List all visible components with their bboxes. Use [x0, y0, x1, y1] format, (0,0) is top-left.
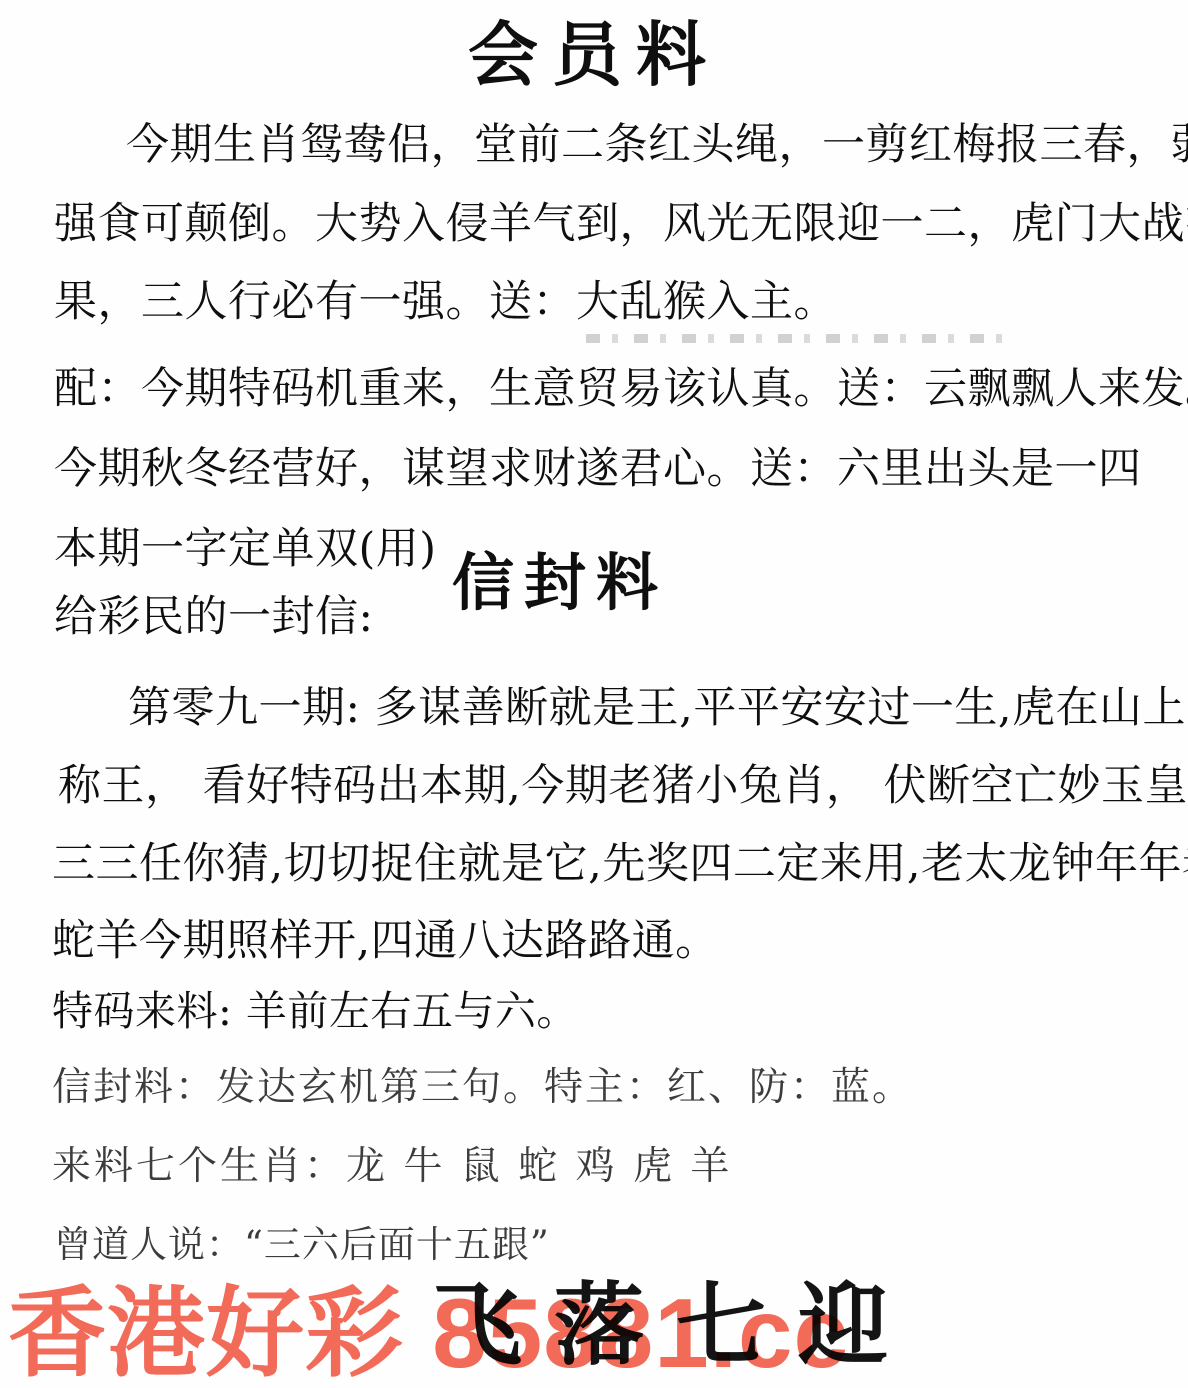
watermark-overlay: 香港好彩 85881.cc: [8, 1284, 849, 1382]
envelope-section-title: 信封料: [452, 552, 668, 614]
letter-intro-line: 给彩民的一封信:: [54, 596, 374, 639]
member-paragraph-line-3: 果，三人行必有一强。送：大乱猴入主。: [54, 281, 837, 324]
tip-sheet-page: 会员料 今期生肖鸳鸯侣，堂前二条红头绳，一剪红梅报三春，弱内 强食可颠倒。大势入…: [0, 0, 1188, 1388]
envelope-paragraph-line-1: 第零九一期: 多谋善断就是王,平平安安过一生,虎在山上自: [128, 687, 1188, 730]
season-line: 今期秋冬经营好，谋望求财遂君心。送：六里出头是一四: [54, 448, 1142, 491]
member-paragraph-line-2: 强食可颠倒。大势入侵羊气到，风光无限迎一二，虎门大战有结: [54, 203, 1188, 246]
member-section-title: 会员料: [0, 20, 1188, 90]
pairing-line: 配：今期特码机重来，生意贸易该认真。送：云飘飘人来发。: [54, 368, 1188, 411]
quote-line: 曾道人说：“三六后面十五跟”: [54, 1226, 550, 1263]
odd-even-line: 本期一字定单双(用): [54, 528, 437, 571]
envelope-paragraph-line-3: 三三任你猜,切切捉住就是它,先奖四二定来用,老太龙钟年年老,: [52, 843, 1188, 886]
envelope-paragraph-line-2: 称王， 看好特码出本期,今期老猪小兔肖， 伏断空亡妙玉皇， 特码: [58, 765, 1188, 808]
member-paragraph-line-1: 今期生肖鸳鸯侣，堂前二条红头绳，一剪红梅报三春，弱内: [126, 124, 1188, 167]
special-code-line: 特码来料: 羊前左右五与六。: [52, 991, 578, 1032]
zodiac-list-line: 来料七个生肖：龙 牛 鼠 蛇 鸡 虎 羊: [52, 1147, 732, 1186]
faded-erased-text-artifact: [586, 334, 1006, 343]
envelope-hint-line: 信封料：发达玄机第三句。特主：红、防：蓝。: [52, 1068, 913, 1107]
envelope-paragraph-line-4: 蛇羊今期照样开,四通八达路路通。: [52, 920, 719, 963]
